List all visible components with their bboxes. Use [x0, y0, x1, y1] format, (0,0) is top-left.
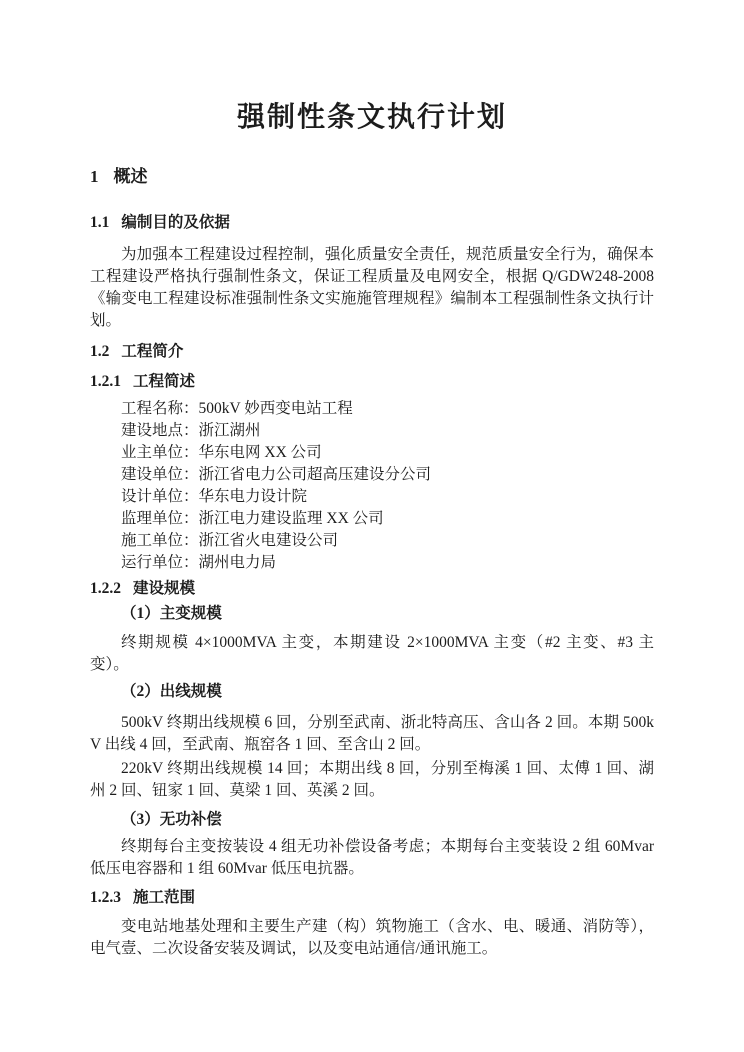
info-line-construction-org: 建设单位：浙江省电力公司超高压建设分公司	[90, 464, 654, 486]
heading-construction-scope-label: 施工范围	[133, 889, 195, 906]
para-construction-scope: 变电站地基处理和主要生产建（构）筑物施工（含水、电、暖通、消防等），电气壹、二次…	[90, 916, 654, 960]
doc-title: 强制性条文执行计划	[90, 101, 654, 135]
heading-project-brief-label: 工程简述	[133, 373, 195, 390]
info-line-contractor: 施工单位：浙江省火电建设公司	[90, 530, 654, 552]
para-reactive-compensation: 终期每台主变按装设 4 组无功补偿设备考虑；本期每台主变装设 2 组 60Mva…	[90, 836, 654, 880]
info-line-owner: 业主单位：华东电网 XX 公司	[90, 442, 654, 464]
heading-purpose-basis-label: 编制目的及依据	[121, 214, 230, 231]
info-line-project-name: 工程名称：500kV 妙西变电站工程	[90, 398, 654, 420]
heading-reactive-compensation: （3）无功补偿	[90, 810, 654, 830]
info-line-operator: 运行单位：湖州电力局	[90, 552, 654, 574]
heading-purpose-basis-number: 1.1	[90, 213, 109, 233]
heading-project-intro-number: 1.2	[90, 342, 109, 362]
heading-project-brief: 1.2.1工程简述	[90, 372, 654, 392]
heading-project-intro: 1.2工程简介	[90, 342, 654, 362]
info-line-design-org: 设计单位：华东电力设计院	[90, 486, 654, 508]
info-line-location: 建设地点：浙江湖州	[90, 420, 654, 442]
heading-outgoing-line-scale: （2）出线规模	[90, 682, 654, 702]
para-220kv-lines: 220kV 终期出线规模 14 回；本期出线 8 回，分别至梅溪 1 回、太傅 …	[90, 758, 654, 802]
heading-project-brief-number: 1.2.1	[90, 372, 121, 392]
heading-construction-scale-number: 1.2.2	[90, 579, 121, 599]
heading-construction-scope-number: 1.2.3	[90, 888, 121, 908]
heading-purpose-basis: 1.1编制目的及依据	[90, 213, 654, 233]
heading-overview-label: 概述	[114, 167, 148, 186]
heading-construction-scale: 1.2.2建设规模	[90, 579, 654, 599]
para-main-transformer-scale: 终期规模 4×1000MVA 主变，本期建设 2×1000MVA 主变（#2 主…	[90, 632, 654, 676]
project-info-list: 工程名称：500kV 妙西变电站工程 建设地点：浙江湖州 业主单位：华东电网 X…	[90, 398, 654, 574]
heading-project-intro-label: 工程简介	[121, 343, 183, 360]
heading-overview-number: 1	[90, 167, 99, 187]
para-purpose-basis: 为加强本工程建设过程控制，强化质量安全责任，规范质量安全行为，确保本工程建设严格…	[90, 244, 654, 332]
heading-overview: 1概述	[90, 167, 654, 187]
document-page: 强制性条文执行计划 1概述 1.1编制目的及依据 为加强本工程建设过程控制，强化…	[0, 0, 744, 1052]
info-line-supervision-org: 监理单位：浙江电力建设监理 XX 公司	[90, 508, 654, 530]
heading-construction-scope: 1.2.3施工范围	[90, 888, 654, 908]
para-500kv-lines: 500kV 终期出线规模 6 回，分别至武南、浙北特高压、含山各 2 回。本期 …	[90, 712, 654, 756]
heading-construction-scale-label: 建设规模	[133, 580, 195, 597]
heading-main-transformer-scale: （1）主变规模	[90, 604, 654, 624]
